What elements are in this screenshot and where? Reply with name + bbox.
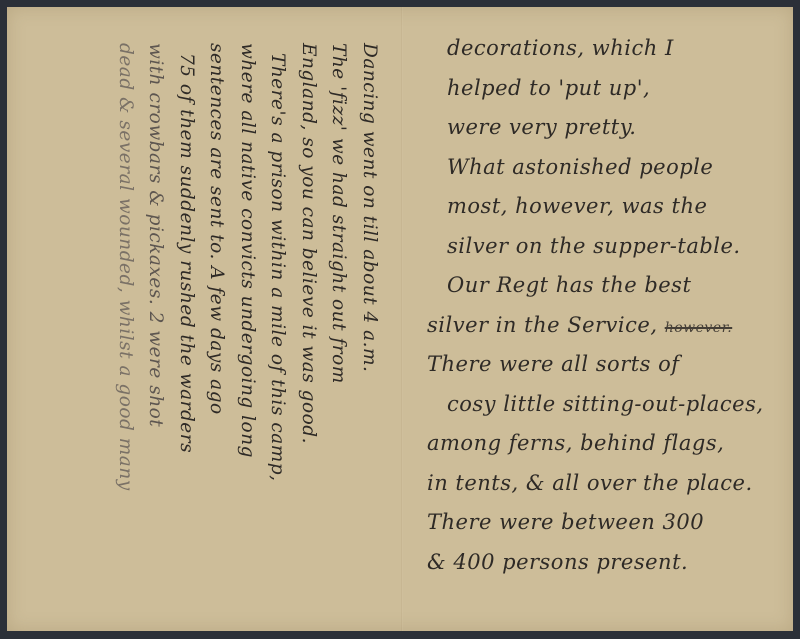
right-line-2: helped to 'put up', (417, 69, 787, 109)
left-line-9: dead & several wounded, whilst a good ma… (110, 43, 141, 633)
left-line-4: There's a prison within a mile of this c… (262, 43, 293, 633)
right-page: decorations, which I helped to 'put up',… (403, 7, 793, 631)
right-line-8-text: silver in the Service, (427, 313, 658, 337)
left-line-7: 75 of them suddenly rushed the warders (171, 43, 202, 633)
struck-out-word: however. (665, 320, 733, 336)
right-line-3: were very pretty. (417, 108, 787, 148)
left-line-5: where all native convicts undergoing lon… (232, 43, 263, 633)
right-line-9: There were all sorts of (417, 345, 787, 385)
left-line-6: sentences are sent to. A few days ago (201, 43, 232, 633)
right-line-8: silver in the Service, however. (417, 306, 787, 346)
right-line-12: in tents, & all over the place. (417, 464, 787, 504)
left-page: Dancing went on till about 4 a.m. The 'f… (7, 7, 401, 631)
right-line-6: silver on the supper-table. (417, 227, 787, 267)
left-line-3: England, so you can believe it was good. (293, 43, 324, 633)
right-page-text: decorations, which I helped to 'put up',… (417, 29, 787, 582)
right-line-13: There were between 300 (417, 503, 787, 543)
right-line-5: most, however, was the (417, 187, 787, 227)
left-line-2: The 'fizz' we had straight out from (323, 43, 354, 633)
right-line-11: among ferns, behind flags, (417, 424, 787, 464)
right-line-14: & 400 persons present. (417, 543, 787, 583)
right-line-4: What astonished people (417, 148, 787, 188)
right-line-7: Our Regt has the best (417, 266, 787, 306)
right-line-10: cosy little sitting-out-places, (417, 385, 787, 425)
letter-sheet: Dancing went on till about 4 a.m. The 'f… (7, 7, 793, 631)
left-line-8: with crowbars & pickaxes. 2 were shot (140, 43, 171, 633)
left-line-1: Dancing went on till about 4 a.m. (354, 43, 385, 633)
left-page-text: Dancing went on till about 4 a.m. The 'f… (110, 43, 385, 633)
right-line-1: decorations, which I (417, 29, 787, 69)
